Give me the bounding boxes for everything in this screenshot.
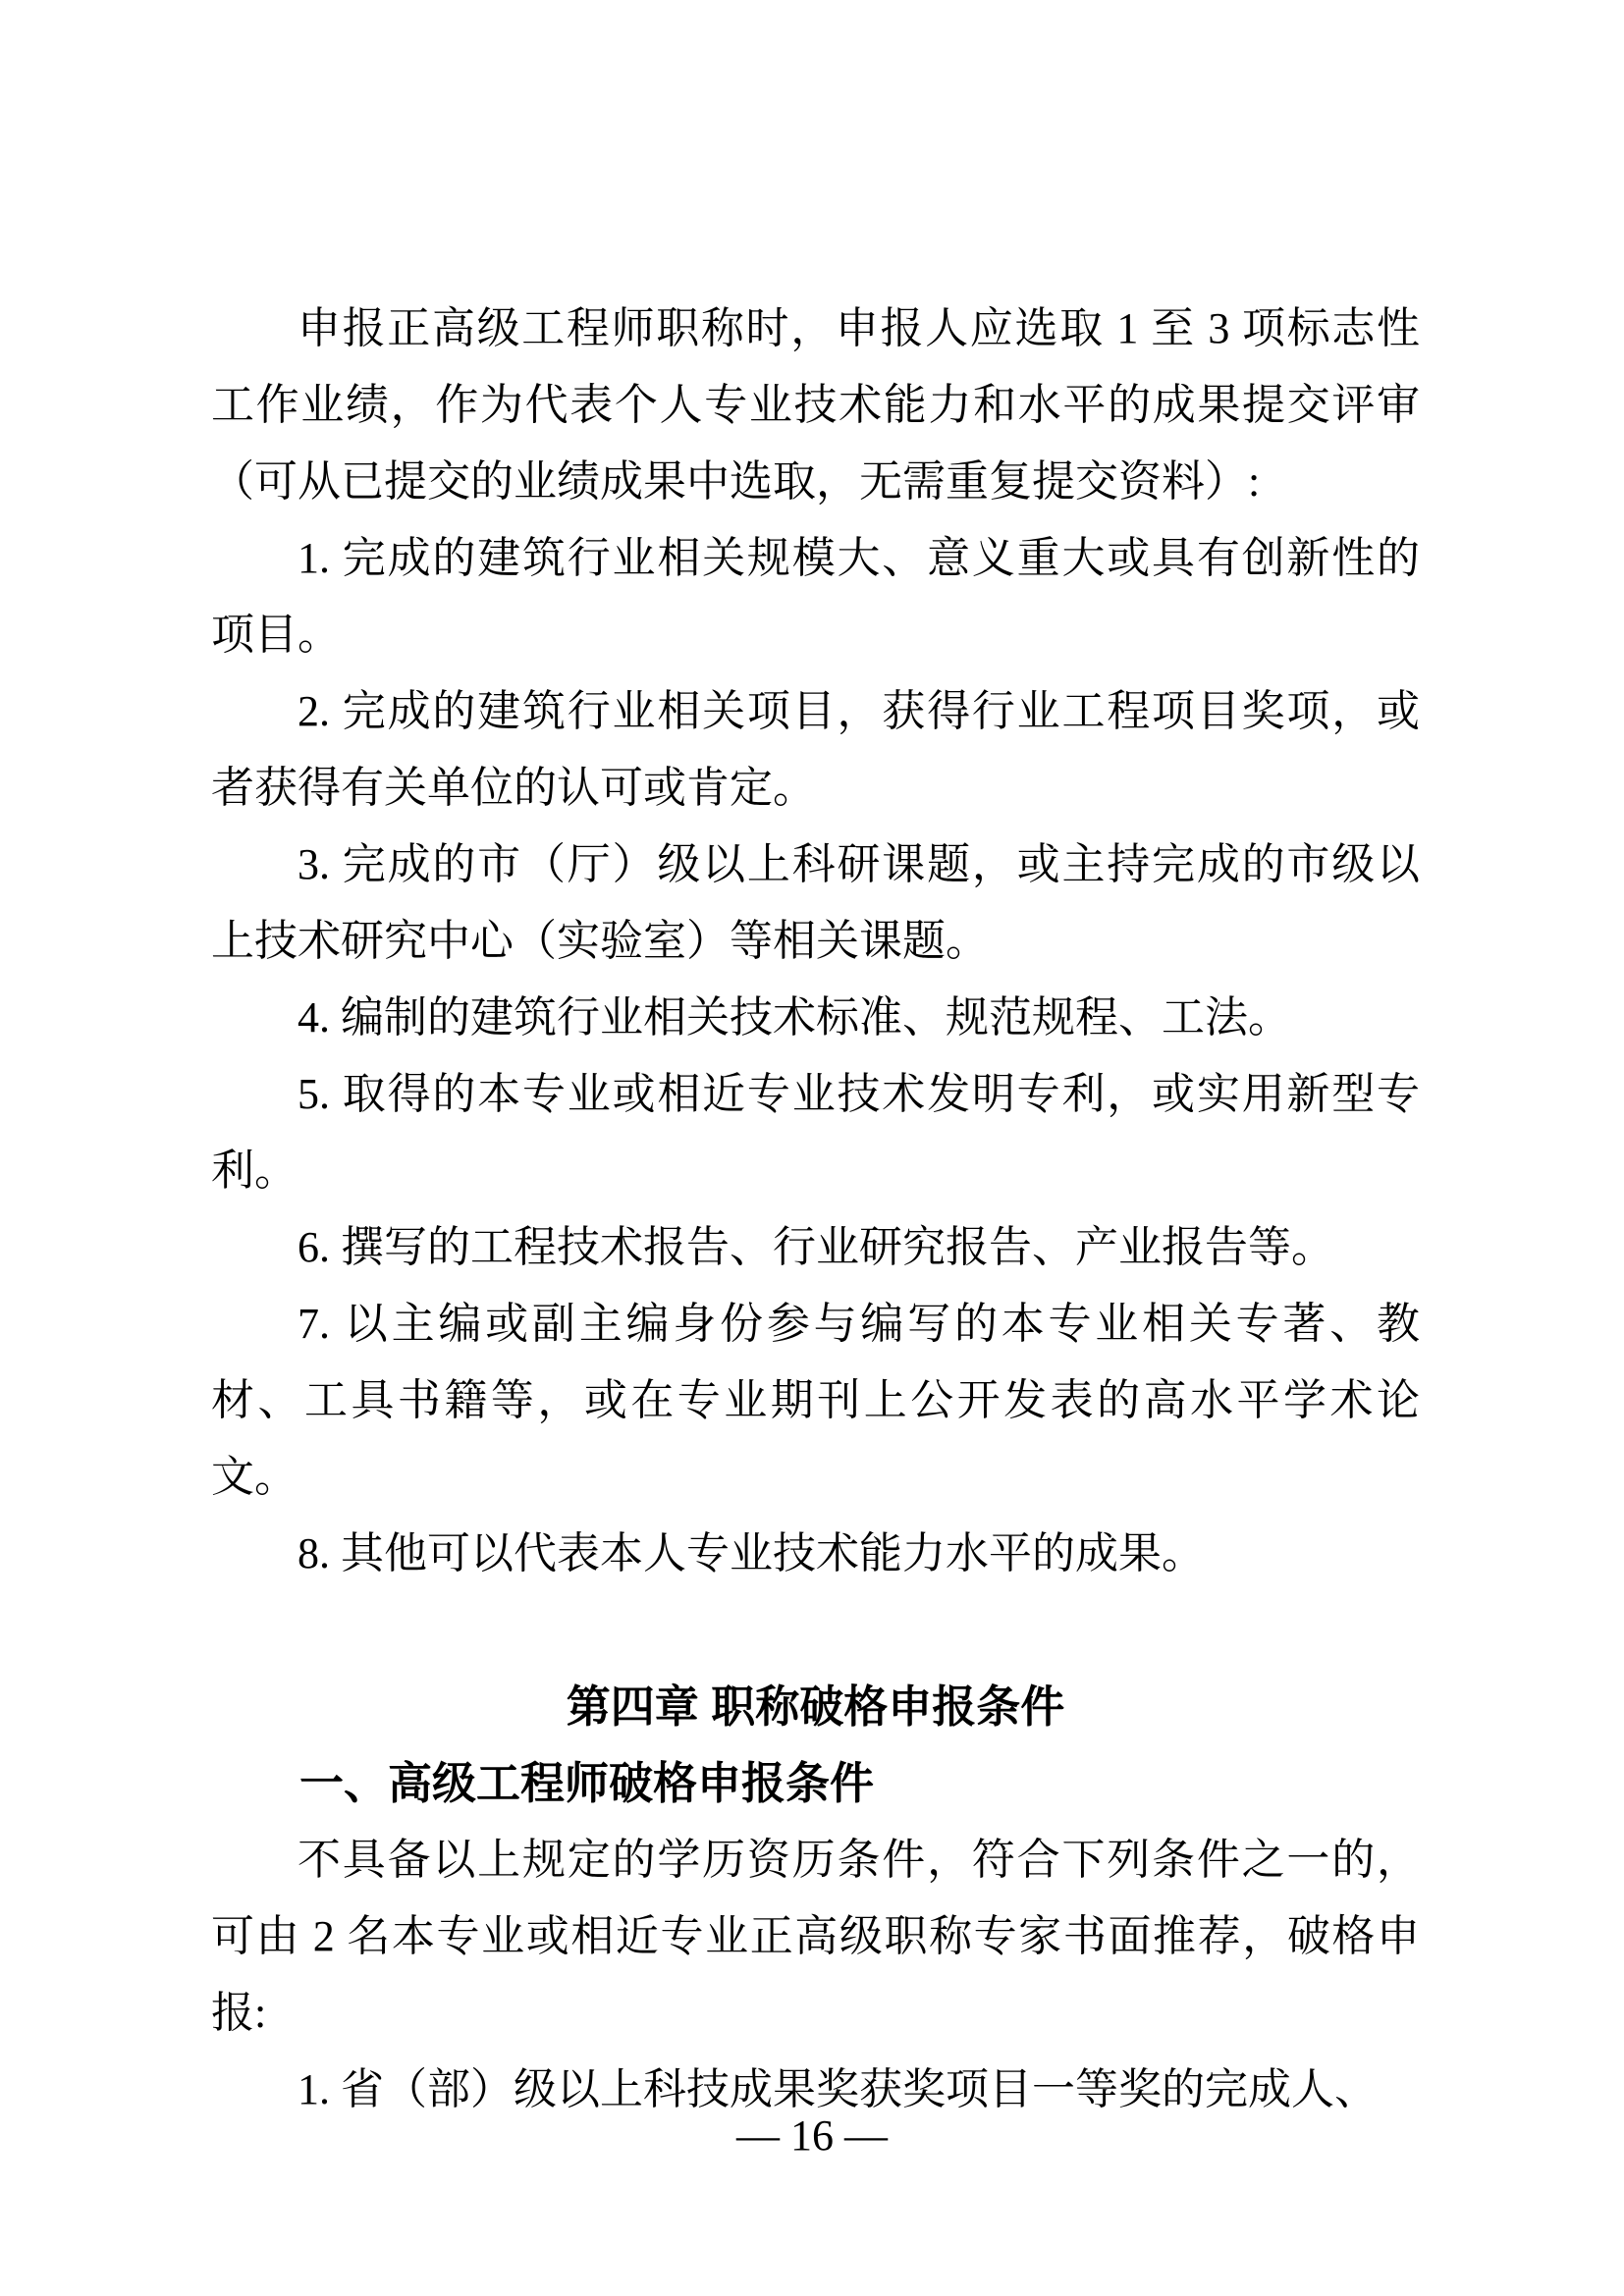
exception-paragraph: 不具备以上规定的学历资历条件，符合下列条件之一的，可由 2 名本专业或相近专业正… — [211, 1822, 1420, 2052]
list-item-5: 5. 取得的本专业或相近专业技术发明专利，或实用新型专利。 — [211, 1056, 1420, 1209]
page-number: — 16 — — [0, 2098, 1624, 2174]
list-item-8: 8. 其他可以代表本人专业技术能力水平的成果。 — [211, 1516, 1420, 1592]
chapter-heading: 第四章 职称破格申报条件 — [211, 1669, 1420, 1745]
list-item-3: 3. 完成的市（厅）级以上科研课题，或主持完成的市级以上技术研究中心（实验室）等… — [211, 827, 1420, 980]
page-content: 申报正高级工程师职称时，申报人应选取 1 至 3 项标志性工作业绩，作为代表个人… — [211, 291, 1420, 2128]
list-item-6: 6. 撰写的工程技术报告、行业研究报告、产业报告等。 — [211, 1209, 1420, 1286]
list-item-4: 4. 编制的建筑行业相关技术标准、规范规程、工法。 — [211, 980, 1420, 1056]
list-item-1: 1. 完成的建筑行业相关规模大、意义重大或具有创新性的项目。 — [211, 520, 1420, 673]
section-heading: 一、高级工程师破格申报条件 — [211, 1745, 1420, 1822]
list-item-7: 7. 以主编或副主编身份参与编写的本专业相关专著、教材、工具书籍等，或在专业期刊… — [211, 1286, 1420, 1516]
intro-paragraph: 申报正高级工程师职称时，申报人应选取 1 至 3 项标志性工作业绩，作为代表个人… — [211, 291, 1420, 520]
document-page: 申报正高级工程师职称时，申报人应选取 1 至 3 项标志性工作业绩，作为代表个人… — [0, 0, 1624, 2296]
list-item-2: 2. 完成的建筑行业相关项目，获得行业工程项目奖项，或者获得有关单位的认可或肯定… — [211, 673, 1420, 827]
